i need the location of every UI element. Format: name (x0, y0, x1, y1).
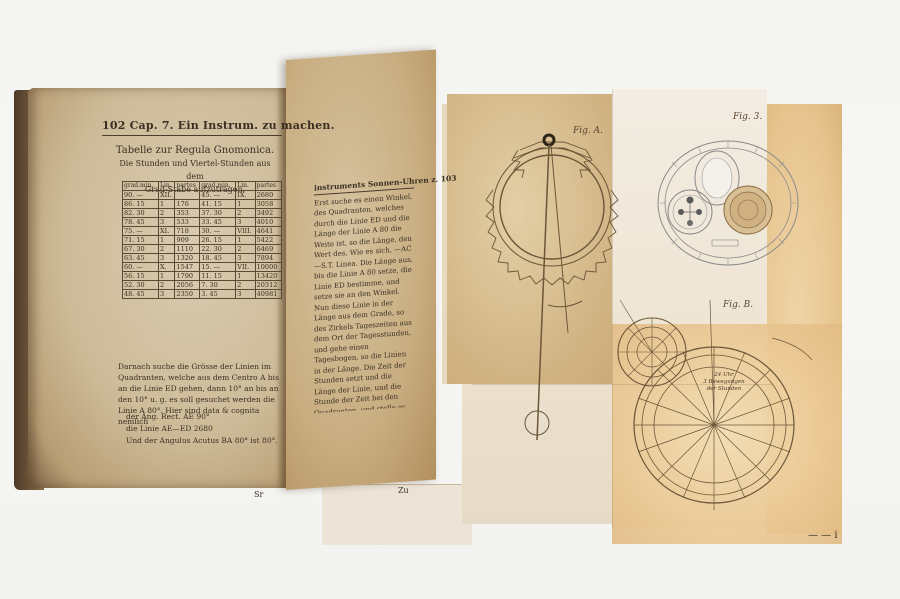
table-cell: 60. — (123, 263, 159, 272)
table-cell: 3058 (255, 200, 281, 209)
table-cell: VIII. (236, 227, 255, 236)
table-cell: 909 (175, 236, 200, 245)
table-cell: 2 (159, 281, 175, 290)
table-title-line: Tabelle zur Regula Gnomonica. (110, 144, 280, 157)
table-cell: 26. 15 (200, 236, 236, 245)
table-cell: 20312 (255, 281, 281, 290)
table-row: 71. 15190926. 1515422 (123, 236, 282, 245)
table-cell: 1 (159, 200, 175, 209)
annotation-line: 24 Uhr (694, 372, 754, 379)
annotation-line: 3 Bewegungen (694, 379, 754, 386)
open-book: 102 Cap. 7. Ein Instrum. zu machen. Tabe… (14, 88, 444, 498)
table-title-line: Die Stunden und Viertel-Stunden aus dem (110, 157, 280, 183)
table-cell: XI. (159, 227, 175, 236)
right-page-text: instruments Sonnen-Uhren z. 103 Erst suc… (314, 177, 414, 413)
table-cell: 13420 (255, 272, 281, 281)
col-header: grad.min. (123, 182, 159, 191)
table-header-row: grad.min. Lin. partes grad.min. Lin. par… (123, 182, 282, 191)
table-cell: 2680 (255, 191, 281, 200)
table-row: 56. 151179011. 15113420 (123, 272, 282, 281)
table-cell: 1790 (175, 272, 200, 281)
table-cell: 1 (159, 272, 175, 281)
table-cell: 71. 15 (123, 236, 159, 245)
right-catchword: Zu (398, 486, 409, 495)
table-cell: 10000 (255, 263, 281, 272)
table-cell: 41. 15 (200, 200, 236, 209)
table-row: 82. 30235337. 3023492 (123, 209, 282, 218)
table-cell: 33. 45 (200, 218, 236, 227)
table-cell: 3. 45 (200, 290, 236, 299)
table-cell: 30. — (200, 227, 236, 236)
table-cell: 67. 30 (123, 245, 159, 254)
table-cell: 52. 30 (123, 281, 159, 290)
table-cell: 2 (159, 209, 175, 218)
table-cell: 48. 45 (123, 290, 159, 299)
table-row: 78. 45353333. 4534010 (123, 218, 282, 227)
table-cell: 2 (236, 245, 255, 254)
table-cell: 1 (236, 272, 255, 281)
right-body-text: Erst suche es einen Winkel, des Quadrant… (314, 191, 414, 413)
fig-b-annotation: 24 Uhr 3 Bewegungen der Stunden (694, 372, 754, 393)
table-cell: 3 (159, 254, 175, 263)
plate-corner-marks: — — i (808, 530, 838, 541)
table-cell: 718 (175, 227, 200, 236)
table-cell (175, 191, 200, 200)
table-cell: 56. 15 (123, 272, 159, 281)
table-cell: 2350 (175, 290, 200, 299)
table-row: 48. 45323503. 45340981 (123, 290, 282, 299)
table-cell: 353 (175, 209, 200, 218)
table-cell: 7. 30 (200, 281, 236, 290)
table-cell: 533 (175, 218, 200, 227)
table-cell: 2 (236, 281, 255, 290)
table-cell: 2 (159, 245, 175, 254)
col-header: Lin. (159, 182, 175, 191)
col-header: partes (255, 182, 281, 191)
table-cell: 3 (159, 290, 175, 299)
values-list: der Ang. Rect. AE 90° die Linie AE—ED 26… (126, 411, 296, 447)
value-line: Und der Angulus Acutus BA 80° ist 80°. (126, 435, 296, 447)
table-cell: 75. — (123, 227, 159, 236)
table-cell: 176 (175, 200, 200, 209)
table-row: 60. —X.154715. —VII.10000 (123, 263, 282, 272)
table-cell: IX. (236, 191, 255, 200)
table-cell: 1320 (175, 254, 200, 263)
value-line: die Linie AE—ED 2680 (126, 423, 296, 435)
table-cell: 63. 45 (123, 254, 159, 263)
table-cell: 3 (159, 218, 175, 227)
table-cell: 78. 45 (123, 218, 159, 227)
table-cell: 37. 30 (200, 209, 236, 218)
fig-b-label: Fig. B. (723, 300, 753, 310)
table-cell: 4641 (255, 227, 281, 236)
table-cell: 1547 (175, 263, 200, 272)
table-cell: 40981 (255, 290, 281, 299)
table-row: 90. —XII.45. —IX.2680 (123, 191, 282, 200)
table-cell: 5422 (255, 236, 281, 245)
table-cell: 1 (236, 236, 255, 245)
table-cell: 18. 45 (200, 254, 236, 263)
table-cell: 22. 30 (200, 245, 236, 254)
table-cell: VII. (236, 263, 255, 272)
table-cell: 1110 (175, 245, 200, 254)
col-header: grad.min. (200, 182, 236, 191)
table-cell: 86. 15 (123, 200, 159, 209)
col-header: Lin. (236, 182, 255, 191)
table-cell: 6469 (255, 245, 281, 254)
table-cell: 45. — (200, 191, 236, 200)
left-running-head: 102 Cap. 7. Ein Instrum. zu machen. (102, 119, 282, 136)
table-cell: 15. — (200, 263, 236, 272)
table-cell: 1 (159, 236, 175, 245)
table-row: 86. 15117641. 1513058 (123, 200, 282, 209)
value-line: der Ang. Rect. AE 90° (126, 411, 296, 423)
left-catchword: Sr (254, 490, 263, 499)
table-cell: 3 (236, 290, 255, 299)
table-cell: XII. (159, 191, 175, 200)
table-cell: 3 (236, 254, 255, 263)
gnomonic-table: grad.min. Lin. partes grad.min. Lin. par… (122, 181, 282, 299)
table-cell: 2 (236, 209, 255, 218)
table-cell: 7894 (255, 254, 281, 263)
table-row: 52. 30220567. 30220312 (123, 281, 282, 290)
annotation-line: der Stunden (694, 386, 754, 393)
table-row: 75. —XI.71830. —VIII.4641 (123, 227, 282, 236)
col-header: partes (175, 182, 200, 191)
table-cell: 4010 (255, 218, 281, 227)
table-cell: 82. 30 (123, 209, 159, 218)
table-cell: 2056 (175, 281, 200, 290)
table-cell: 11. 15 (200, 272, 236, 281)
table-cell: 1 (236, 200, 255, 209)
table-row: 63. 453132018. 4537894 (123, 254, 282, 263)
table-cell: 90. — (123, 191, 159, 200)
table-cell: 3492 (255, 209, 281, 218)
table-cell: X. (159, 263, 175, 272)
table-row: 67. 302111022. 3026469 (123, 245, 282, 254)
table-cell: 3 (236, 218, 255, 227)
